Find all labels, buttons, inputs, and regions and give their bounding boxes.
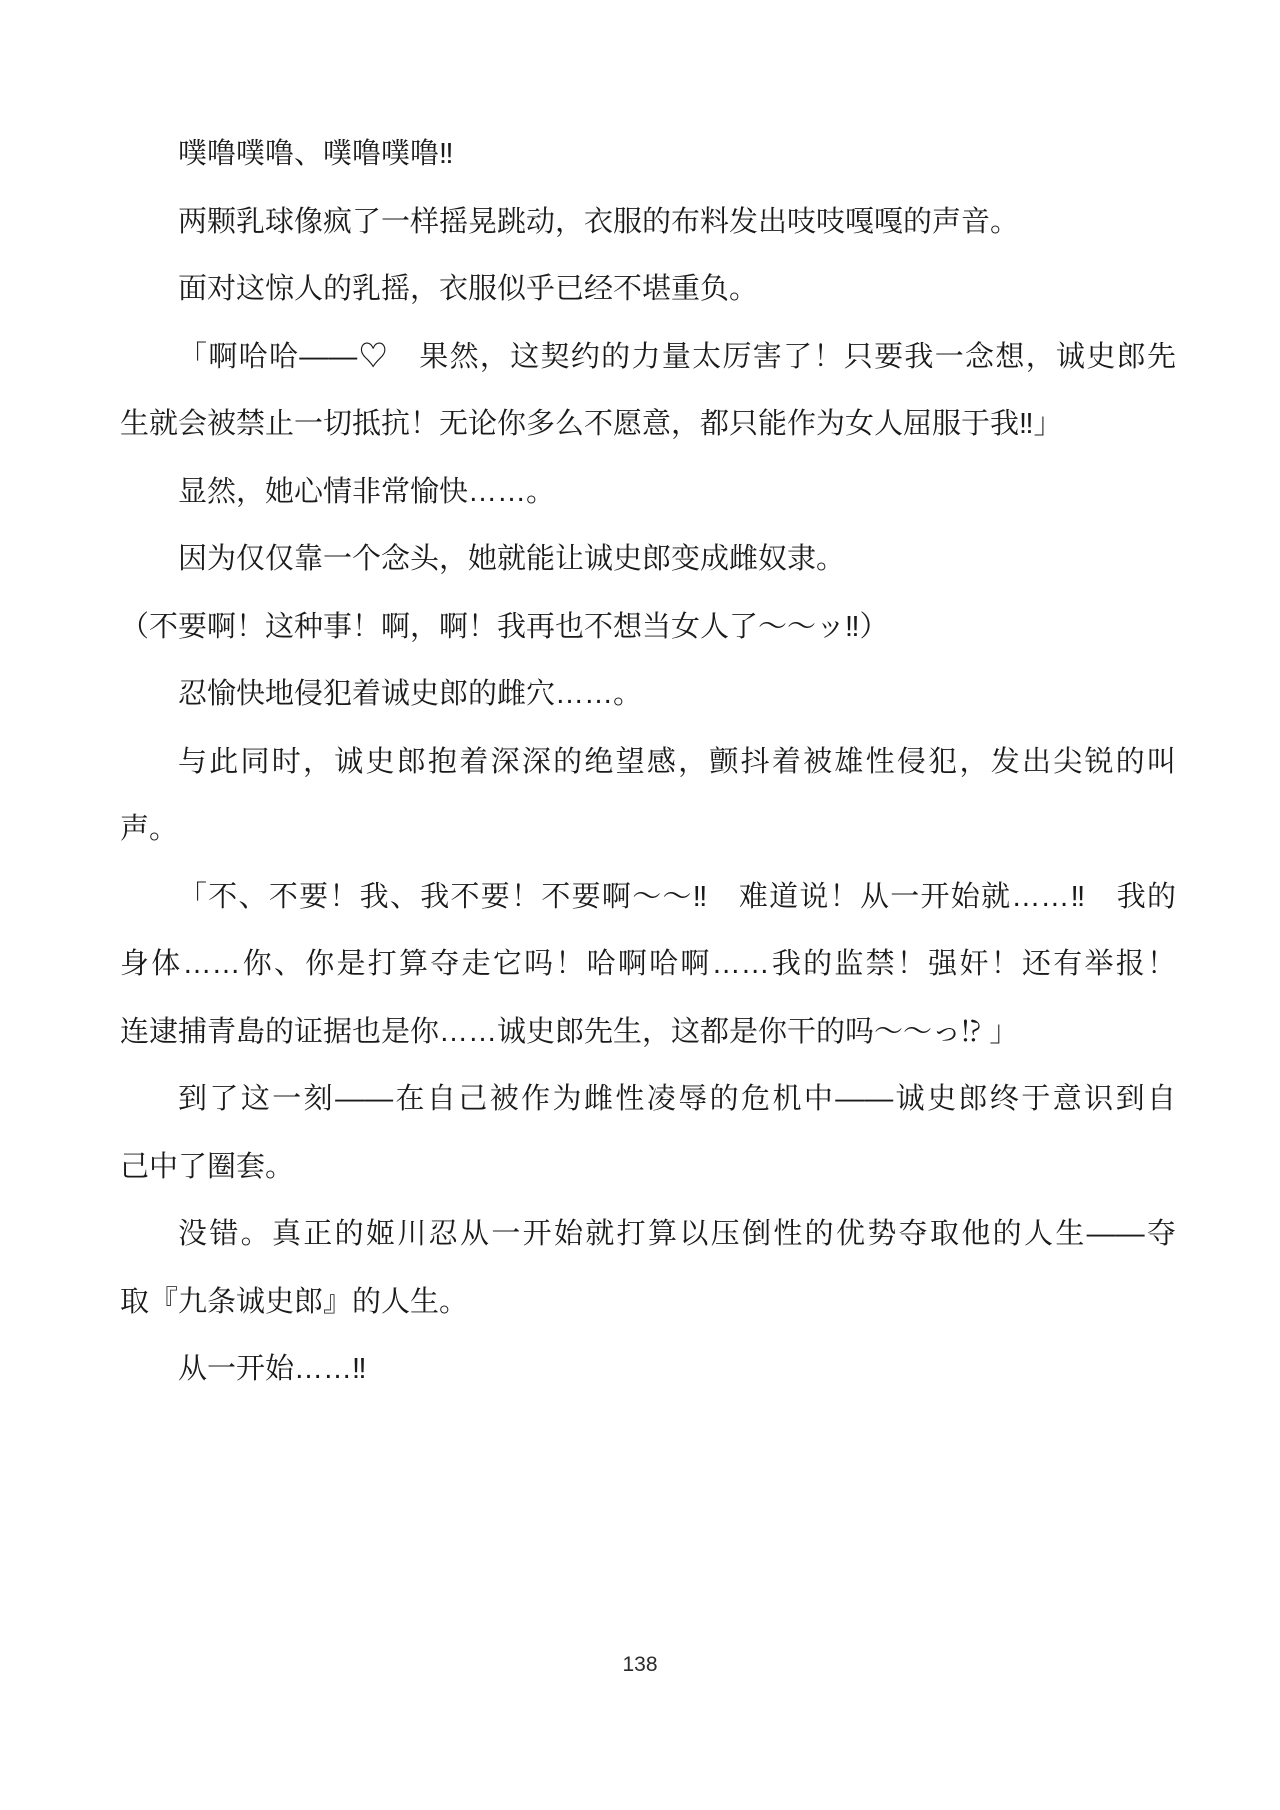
page-number: 138	[0, 1650, 1280, 1680]
paragraph: 从一开始……‼	[120, 1336, 1176, 1404]
paragraph: 与此同时，诚史郎抱着深深的绝望感，颤抖着被雄性侵犯，发出尖锐的叫声。	[120, 729, 1176, 864]
text-line: 身体……你、你是打算夺走它吗！哈啊哈啊……我的监禁！强奸！还有举报！	[120, 931, 1176, 999]
paragraph: 因为仅仅靠一个念头，她就能让诚史郎变成雌奴隶。	[120, 526, 1176, 594]
text-line: 忍愉快地侵犯着诚史郎的雌穴……。	[120, 661, 1176, 729]
paragraph: 显然，她心情非常愉快……。	[120, 459, 1176, 527]
text-line: （不要啊！这种事！啊，啊！我再也不想当女人了～～ッ‼）	[120, 594, 1176, 662]
text-line: 己中了圈套。	[120, 1134, 1176, 1202]
text-line: 从一开始……‼	[120, 1336, 1176, 1404]
text-line: 「不、不要！我、我不要！不要啊～～‼ 难道说！从一开始就……‼ 我的	[120, 864, 1176, 932]
paragraph: 面对这惊人的乳摇，衣服似乎已经不堪重负。	[120, 256, 1176, 324]
text-line: 与此同时，诚史郎抱着深深的绝望感，颤抖着被雄性侵犯，发出尖锐的叫	[120, 729, 1176, 797]
paragraph: 到了这一刻——在自己被作为雌性凌辱的危机中——诚史郎终于意识到自己中了圈套。	[120, 1066, 1176, 1201]
text-line: 显然，她心情非常愉快……。	[120, 459, 1176, 527]
text-line: 连逮捕青島的证据也是你……诚史郎先生，这都是你干的吗～～っ⁉ 」	[120, 999, 1176, 1067]
text-line: 面对这惊人的乳摇，衣服似乎已经不堪重负。	[120, 256, 1176, 324]
paragraph: 两颗乳球像疯了一样摇晃跳动，衣服的布料发出吱吱嘎嘎的声音。	[120, 189, 1176, 257]
text-line: 声。	[120, 796, 1176, 864]
text-line: 「啊哈哈——♡ 果然，这契约的力量太厉害了！只要我一念想，诚史郎先	[120, 324, 1176, 392]
text-line: 到了这一刻——在自己被作为雌性凌辱的危机中——诚史郎终于意识到自	[120, 1066, 1176, 1134]
text-line: 因为仅仅靠一个念头，她就能让诚史郎变成雌奴隶。	[120, 526, 1176, 594]
paragraph: 忍愉快地侵犯着诚史郎的雌穴……。	[120, 661, 1176, 729]
text-line: 两颗乳球像疯了一样摇晃跳动，衣服的布料发出吱吱嘎嘎的声音。	[120, 189, 1176, 257]
paragraph: 噗噜噗噜、噗噜噗噜‼	[120, 121, 1176, 189]
ebook-page: 噗噜噗噜、噗噜噗噜‼两颗乳球像疯了一样摇晃跳动，衣服的布料发出吱吱嘎嘎的声音。面…	[0, 0, 1280, 1810]
paragraph: 没错。真正的姬川忍从一开始就打算以压倒性的优势夺取他的人生——夺取『九条诚史郎』…	[120, 1201, 1176, 1336]
text-line: 噗噜噗噜、噗噜噗噜‼	[120, 121, 1176, 189]
paragraph: （不要啊！这种事！啊，啊！我再也不想当女人了～～ッ‼）	[120, 594, 1176, 662]
paragraph: 「不、不要！我、我不要！不要啊～～‼ 难道说！从一开始就……‼ 我的身体……你、…	[120, 864, 1176, 1067]
document-body: 噗噜噗噜、噗噜噗噜‼两颗乳球像疯了一样摇晃跳动，衣服的布料发出吱吱嘎嘎的声音。面…	[120, 121, 1176, 1404]
text-line: 取『九条诚史郎』的人生。	[120, 1269, 1176, 1337]
text-line: 没错。真正的姬川忍从一开始就打算以压倒性的优势夺取他的人生——夺	[120, 1201, 1176, 1269]
text-line: 生就会被禁止一切抵抗！无论你多么不愿意，都只能作为女人屈服于我‼」	[120, 391, 1176, 459]
paragraph: 「啊哈哈——♡ 果然，这契约的力量太厉害了！只要我一念想，诚史郎先生就会被禁止一…	[120, 324, 1176, 459]
